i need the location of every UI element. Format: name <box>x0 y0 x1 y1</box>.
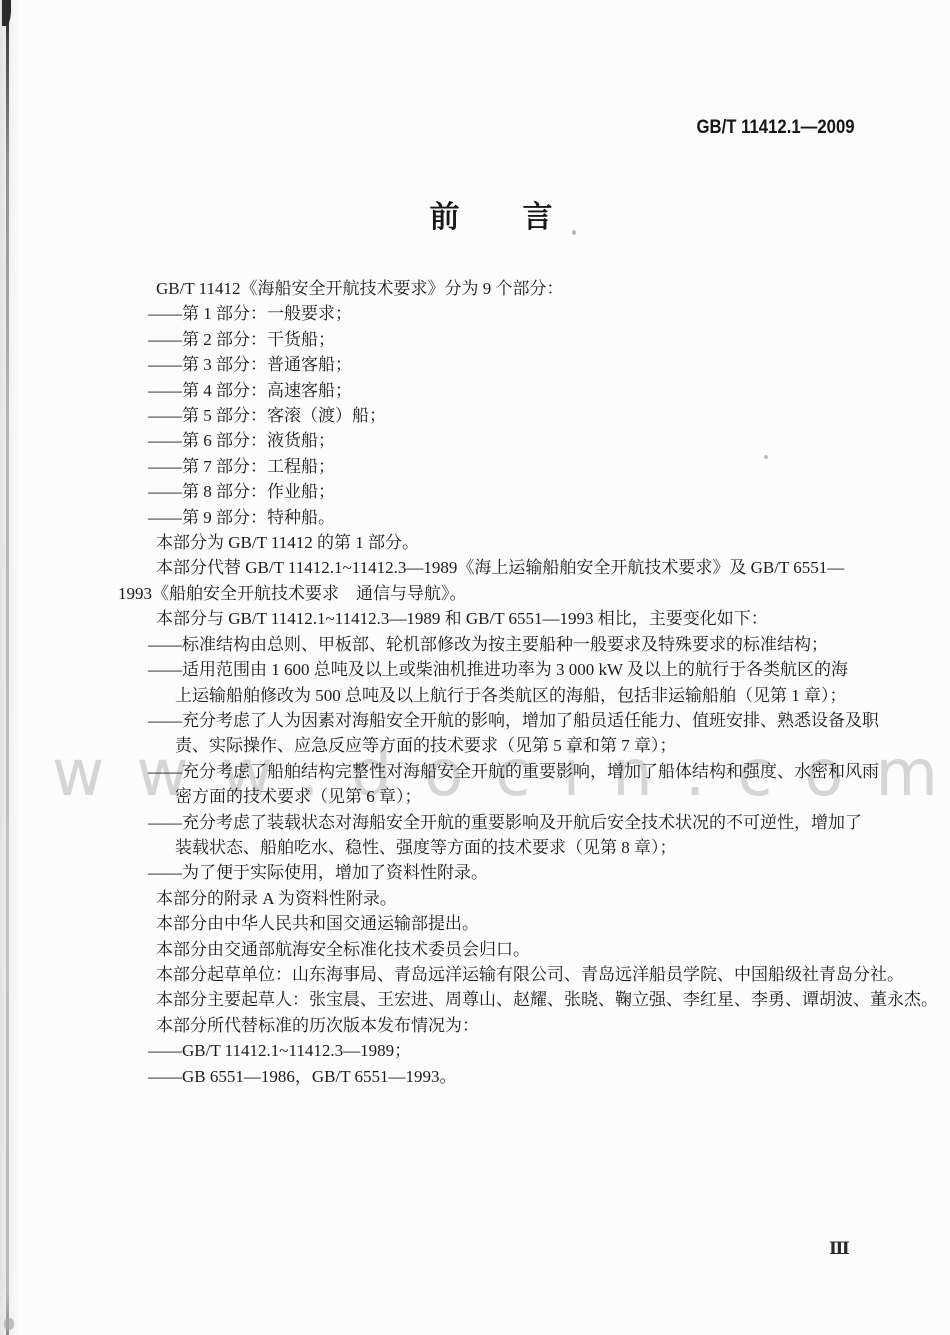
text-line: ——标准结构由总则、甲板部、轮机部修改为按主要船种一般要求及特殊要求的标准结构； <box>118 632 908 657</box>
text-line: 本部分与 GB/T 11412.1~11412.3—1989 和 GB/T 65… <box>118 606 908 631</box>
text-line: ——第 4 部分：高速客船； <box>118 378 908 403</box>
text-line: 本部分为 GB/T 11412 的第 1 部分。 <box>118 530 908 555</box>
text-line: 上运输船舶修改为 500 总吨及以上航行于各类航区的海船，包括非运输船舶（见第 … <box>118 683 908 708</box>
text-line: GB/T 11412《海船安全开航技术要求》分为 9 个部分： <box>118 276 908 301</box>
standard-number: GB/T 11412.1—2009 <box>697 117 855 139</box>
text-line: ——第 3 部分：普通客船； <box>118 352 908 377</box>
body-text: GB/T 11412《海船安全开航技术要求》分为 9 个部分：——第 1 部分：… <box>118 276 908 1089</box>
text-line: ——充分考虑了船舶结构完整性对海船安全开航的重要影响，增加了船体结构和强度、水密… <box>118 759 908 784</box>
text-line: ——第 9 部分：特种船。 <box>118 505 908 530</box>
text-line: ——第 2 部分：干货船； <box>118 327 908 352</box>
text-line: 本部分主要起草人：张宝晨、王宏进、周尊山、赵耀、张晓、鞠立强、李红星、李勇、谭胡… <box>118 987 908 1012</box>
text-line: ——第 5 部分：客滚（渡）船； <box>118 403 908 428</box>
document-page: www.docin.com GB/T 11412.1—2009 前 言 GB/T… <box>0 0 950 1335</box>
text-line: ——GB/T 11412.1~11412.3—1989； <box>118 1038 908 1063</box>
text-line: ——为了便于实际使用，增加了资料性附录。 <box>118 860 908 885</box>
scan-speck <box>764 455 768 459</box>
text-line: ——第 8 部分：作业船； <box>118 479 908 504</box>
page-number: Ⅲ <box>829 1239 850 1259</box>
text-line: ——充分考虑了装载状态对海船安全开航的重要影响及开航后安全技术状况的不可逆性，增… <box>118 810 908 835</box>
text-line: 责、实际操作、应急反应等方面的技术要求（见第 5 章和第 7 章）； <box>118 733 908 758</box>
text-line: ——适用范围由 1 600 总吨及以上或柴油机推进功率为 3 000 kW 及以… <box>118 657 908 682</box>
scan-edge-smudge <box>4 1318 14 1330</box>
text-line: ——第 1 部分：一般要求； <box>118 301 908 326</box>
text-line: ——第 7 部分：工程船； <box>118 454 908 479</box>
text-line: 密方面的技术要求（见第 6 章）； <box>118 784 908 809</box>
page-title: 前 言 <box>118 192 865 236</box>
text-line: ——GB 6551—1986，GB/T 6551—1993。 <box>118 1064 908 1089</box>
text-line: 本部分代替 GB/T 11412.1~11412.3—1989《海上运输船舶安全… <box>118 555 908 580</box>
text-line: 本部分起草单位：山东海事局、青岛远洋运输有限公司、青岛远洋船员学院、中国船级社青… <box>118 962 908 987</box>
scan-edge-artifact <box>0 0 20 1335</box>
text-line: 1993《船舶安全开航技术要求 通信与导航》。 <box>118 581 908 606</box>
scan-edge-line <box>6 0 9 1335</box>
text-line: 装载状态、船舶吃水、稳性、强度等方面的技术要求（见第 8 章）； <box>118 835 908 860</box>
text-line: ——第 6 部分：液货船； <box>118 428 908 453</box>
text-line: 本部分由中华人民共和国交通运输部提出。 <box>118 911 908 936</box>
text-line: 本部分由交通部航海安全标准化技术委员会归口。 <box>118 937 908 962</box>
text-line: 本部分的附录 A 为资料性附录。 <box>118 886 908 911</box>
text-line: ——充分考虑了人为因素对海船安全开航的影响，增加了船员适任能力、值班安排、熟悉设… <box>118 708 908 733</box>
text-line: 本部分所代替标准的历次版本发布情况为： <box>118 1013 908 1038</box>
